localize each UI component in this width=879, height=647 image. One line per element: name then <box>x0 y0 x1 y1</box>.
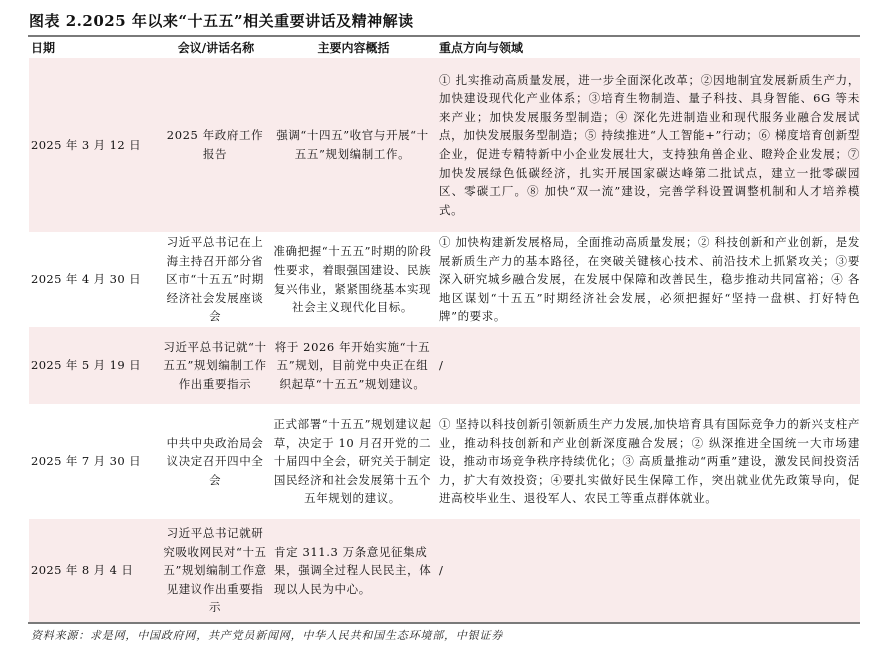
policy-table: 日期 会议/讲话名称 主要内容概括 重点方向与领域 2025 年 3 月 12 … <box>29 38 860 622</box>
header-summary: 主要内容概括 <box>270 38 435 58</box>
row-summary: 准确把握“十五五”时期的阶段性要求，着眼强国建设、民族复兴伟业，紧紧围绕基本实现… <box>270 232 435 327</box>
row-meeting: 习近平总书记在上海主持召开部分省区市“十五五”时期经济社会发展座谈会 <box>160 232 270 327</box>
figure-title: 图表 2.2025 年以来“十五五”相关重要讲话及精神解读 <box>29 10 414 31</box>
table-row: 2025 年 8 月 4 日 习近平总书记就研究吸收网民对“十五五”规划编制工作… <box>29 519 860 622</box>
row-date: 2025 年 4 月 30 日 <box>29 232 160 327</box>
row-date: 2025 年 3 月 12 日 <box>29 58 160 232</box>
table-row: 2025 年 3 月 12 日 2025 年政府工作报告 强调“十四五”收官与开… <box>29 58 860 232</box>
row-summary: 将于 2026 年开始实施“十五五”规划，目前党中央正在组织起草“十五五”规划建… <box>270 327 435 404</box>
header-focus: 重点方向与领域 <box>435 38 860 58</box>
row-summary: 强调“十四五”收官与开展“十五五”规划编制工作。 <box>270 58 435 232</box>
row-meeting: 中共中央政治局会议决定召开四中全会 <box>160 404 270 519</box>
row-focus: ① 坚持以科技创新引领新质生产力发展,加快培育具有国际竞争力的新兴支柱产业，推动… <box>435 404 860 519</box>
table-header-row: 日期 会议/讲话名称 主要内容概括 重点方向与领域 <box>29 38 860 58</box>
row-focus: / <box>435 327 860 404</box>
row-meeting: 习近平总书记就“十五五”规划编制工作作出重要指示 <box>160 327 270 404</box>
row-meeting: 2025 年政府工作报告 <box>160 58 270 232</box>
table-row: 2025 年 7 月 30 日 中共中央政治局会议决定召开四中全会 正式部署“十… <box>29 404 860 519</box>
header-date: 日期 <box>29 38 160 58</box>
table-row: 2025 年 4 月 30 日 习近平总书记在上海主持召开部分省区市“十五五”时… <box>29 232 860 327</box>
table-row: 2025 年 5 月 19 日 习近平总书记就“十五五”规划编制工作作出重要指示… <box>29 327 860 404</box>
row-focus: ① 扎实推动高质量发展，进一步全面深化改革；②因地制宜发展新质生产力，加快建设现… <box>435 58 860 232</box>
source-note: 资料来源：求是网，中国政府网，共产党员新闻网，中华人民共和国生态环境部，中银证券 <box>31 627 503 643</box>
row-summary: 肯定 311.3 万条意见征集成果，强调全过程人民民主，体现以人民为中心。 <box>270 519 435 622</box>
bottom-rule <box>28 622 860 624</box>
row-date: 2025 年 7 月 30 日 <box>29 404 160 519</box>
row-date: 2025 年 8 月 4 日 <box>29 519 160 622</box>
header-meeting: 会议/讲话名称 <box>160 38 270 58</box>
row-focus: / <box>435 519 860 622</box>
row-meeting: 习近平总书记就研究吸收网民对“十五五”规划编制工作意见建议作出重要指示 <box>160 519 270 622</box>
row-summary: 正式部署“十五五”规划建议起草，决定于 10 月召开党的二十届四中全会，研究关于… <box>270 404 435 519</box>
row-date: 2025 年 5 月 19 日 <box>29 327 160 404</box>
row-focus: ① 加快构建新发展格局，全面推动高质量发展；② 科技创新和产业创新，是发展新质生… <box>435 232 860 327</box>
top-rule <box>28 35 860 37</box>
